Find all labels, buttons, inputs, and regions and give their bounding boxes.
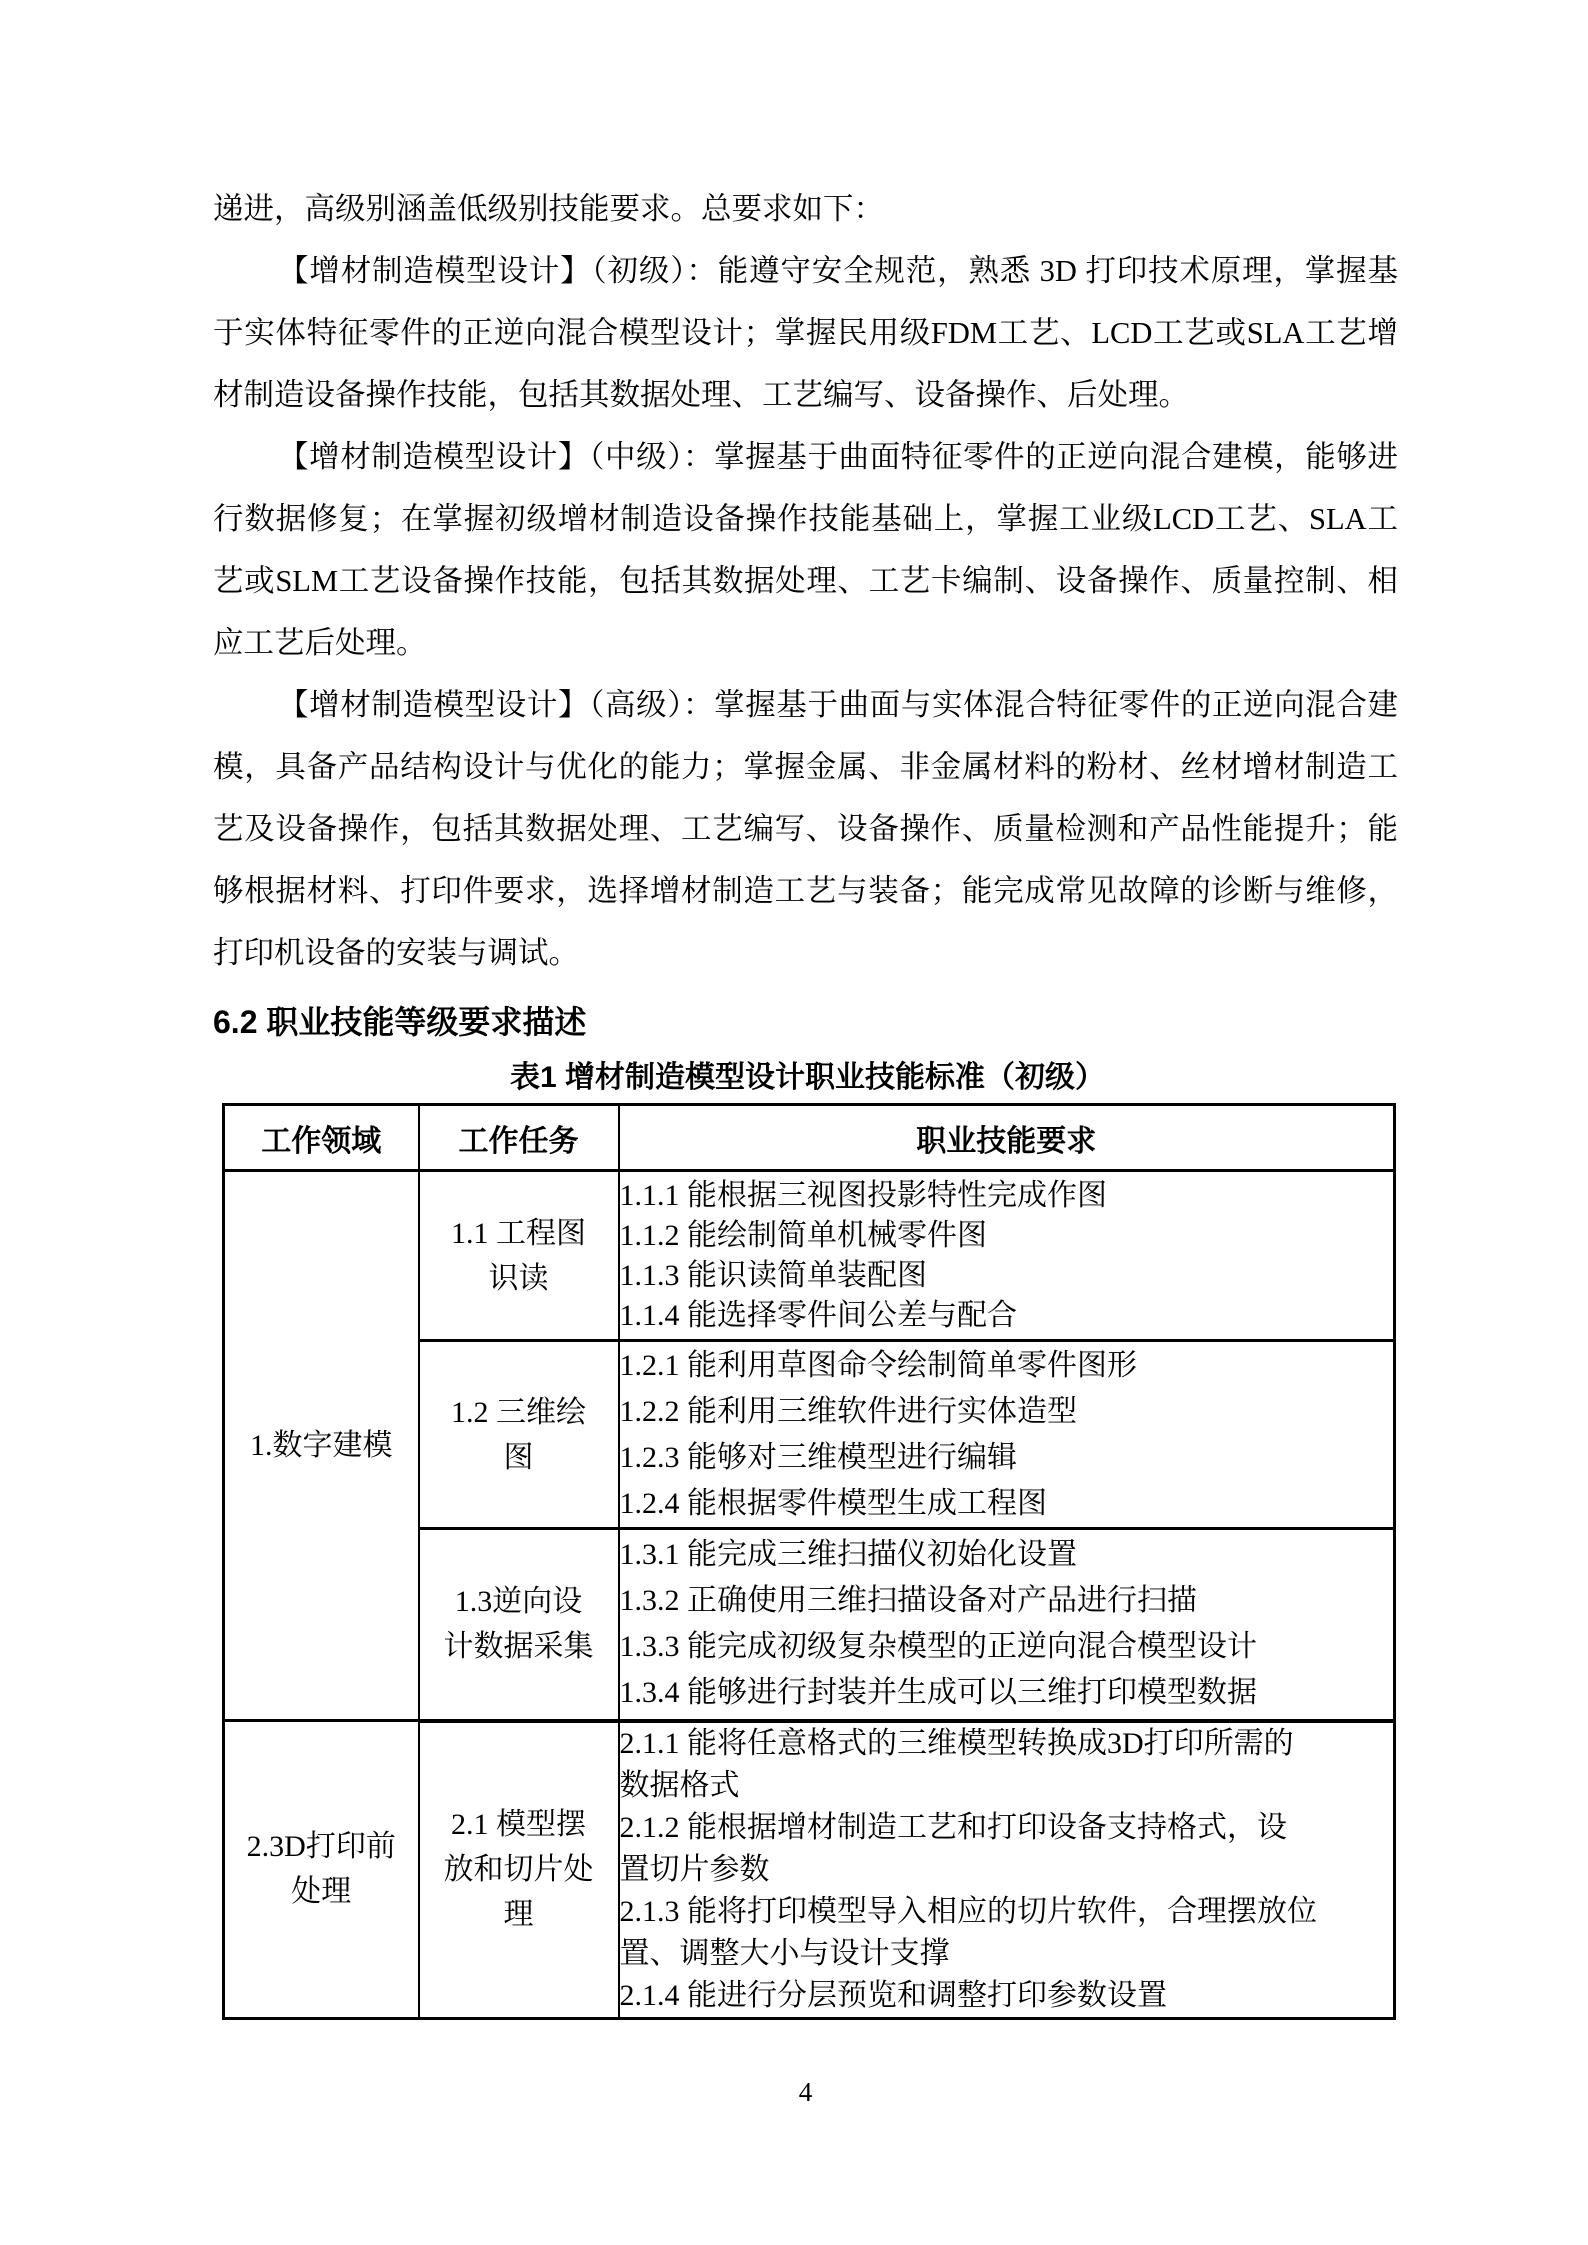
cell-skills-2-1: 2.1.1 能将任意格式的三维模型转换成3D打印所需的 数据格式 2.1.2 能… [619, 1721, 1395, 2019]
paragraph-level-primary: 【增材制造模型设计】（初级）：能遵守安全规范，熟悉 3D 打印技术原理，掌握基于… [213, 240, 1398, 426]
paragraph-overview: 递进，高级别涵盖低级别技能要求。总要求如下： [213, 178, 1398, 240]
table-header-row: 工作领域 工作任务 职业技能要求 [224, 1105, 1395, 1171]
domain-label-line: 处理 [225, 1869, 418, 1914]
skill-line: 1.1.4 能选择零件间公差与配合 [620, 1296, 1394, 1336]
task-label-line: 1.3逆向设 [420, 1579, 618, 1624]
skill-line: 1.1.2 能绘制简单机械零件图 [620, 1216, 1394, 1256]
skill-line: 1.3.2 正确使用三维扫描设备对产品进行扫描 [620, 1578, 1394, 1624]
skill-line: 2.1.1 能将任意格式的三维模型转换成3D打印所需的 [620, 1723, 1394, 1765]
cell-domain-3d-print-preprocessing: 2.3D打印前 处理 [224, 1721, 419, 2019]
document-page: 递进，高级别涵盖低级别技能要求。总要求如下： 【增材制造模型设计】（初级）：能遵… [0, 0, 1588, 2245]
paragraph-level-advanced: 【增材制造模型设计】（高级）：掌握基于曲面与实体混合特征零件的正逆向混合建模，具… [213, 674, 1398, 984]
cell-skills-1-3: 1.3.1 能完成三维扫描仪初始化设置 1.3.2 正确使用三维扫描设备对产品进… [619, 1529, 1395, 1721]
page-content: 递进，高级别涵盖低级别技能要求。总要求如下： 【增材制造模型设计】（初级）：能遵… [213, 178, 1398, 2020]
domain-label-line: 2.3D打印前 [225, 1824, 418, 1869]
skill-line: 2.1.2 能根据增材制造工艺和打印设备支持格式，设 [620, 1807, 1394, 1849]
task-label-line: 理 [420, 1892, 618, 1937]
skill-line: 1.3.4 能够进行封装并生成可以三维打印模型数据 [620, 1670, 1394, 1716]
task-label-line: 1.1 工程图 [420, 1211, 618, 1256]
task-label-line: 放和切片处 [420, 1847, 618, 1892]
skill-standard-table: 工作领域 工作任务 职业技能要求 1.数字建模 1.1 工程图 识读 1.1.1… [222, 1103, 1396, 2020]
skill-line: 1.2.1 能利用草图命令绘制简单零件图形 [620, 1343, 1394, 1389]
col-header-work-task: 工作任务 [419, 1105, 619, 1171]
cell-task-2-1: 2.1 模型摆 放和切片处 理 [419, 1721, 619, 2019]
domain-label-line: 1.数字建模 [225, 1423, 418, 1468]
table-row-task-2-1: 2.3D打印前 处理 2.1 模型摆 放和切片处 理 2.1.1 能将任意格式的… [224, 1721, 1395, 2019]
task-label-line: 1.2 三维绘 [420, 1390, 618, 1435]
skill-line: 置、调整大小与设计支撑 [620, 1933, 1394, 1975]
skill-line: 1.1.1 能根据三视图投影特性完成作图 [620, 1176, 1394, 1216]
skill-line: 1.3.1 能完成三维扫描仪初始化设置 [620, 1532, 1394, 1578]
table-title: 表1 增材制造模型设计职业技能标准（初级） [222, 1053, 1393, 1103]
skill-line: 1.1.3 能识读简单装配图 [620, 1256, 1394, 1296]
paragraph-level-intermediate: 【增材制造模型设计】（中级）：掌握基于曲面特征零件的正逆向混合建模，能够进行数据… [213, 426, 1398, 674]
page-number: 4 [213, 2072, 1398, 2112]
cell-skills-1-1: 1.1.1 能根据三视图投影特性完成作图 1.1.2 能绘制简单机械零件图 1.… [619, 1171, 1395, 1341]
skill-line: 1.3.3 能完成初级复杂模型的正逆向混合模型设计 [620, 1624, 1394, 1670]
cell-task-1-2: 1.2 三维绘 图 [419, 1341, 619, 1529]
task-label-line: 2.1 模型摆 [420, 1802, 618, 1847]
skill-line: 1.2.3 能够对三维模型进行编辑 [620, 1435, 1394, 1481]
skill-line: 数据格式 [620, 1765, 1394, 1807]
skill-line: 2.1.4 能进行分层预览和调整打印参数设置 [620, 1975, 1394, 2017]
section-heading: 6.2 职业技能等级要求描述 [213, 991, 1398, 1053]
task-label-line: 图 [420, 1435, 618, 1480]
cell-skills-1-2: 1.2.1 能利用草图命令绘制简单零件图形 1.2.2 能利用三维软件进行实体造… [619, 1341, 1395, 1529]
cell-task-1-1: 1.1 工程图 识读 [419, 1171, 619, 1341]
col-header-skill-requirements: 职业技能要求 [619, 1105, 1395, 1171]
skill-line: 2.1.3 能将打印模型导入相应的切片软件，合理摆放位 [620, 1891, 1394, 1933]
skill-line: 置切片参数 [620, 1849, 1394, 1891]
task-label-line: 识读 [420, 1256, 618, 1301]
col-header-work-domain: 工作领域 [224, 1105, 419, 1171]
skill-line: 1.2.4 能根据零件模型生成工程图 [620, 1481, 1394, 1527]
cell-task-1-3: 1.3逆向设 计数据采集 [419, 1529, 619, 1721]
skill-line: 1.2.2 能利用三维软件进行实体造型 [620, 1389, 1394, 1435]
cell-domain-digital-modeling: 1.数字建模 [224, 1171, 419, 1721]
task-label-line: 计数据采集 [420, 1624, 618, 1669]
table-row-task-1-1: 1.数字建模 1.1 工程图 识读 1.1.1 能根据三视图投影特性完成作图 1… [224, 1171, 1395, 1341]
